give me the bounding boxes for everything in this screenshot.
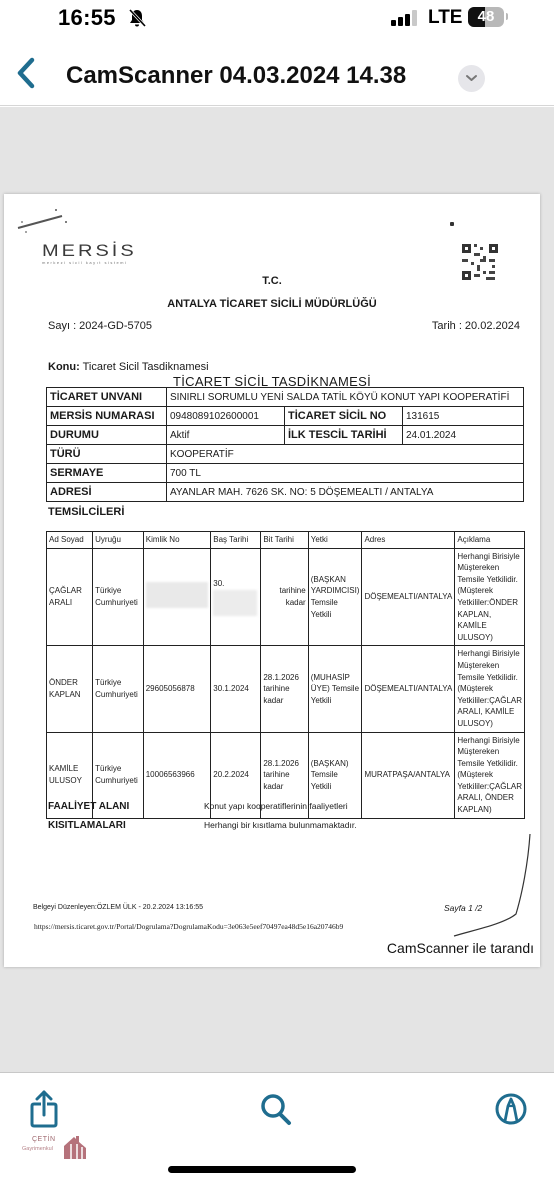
doc-office: ANTALYA TİCARET SİCİLİ MÜDÜRLÜĞÜ [4, 298, 540, 310]
ink-dot [450, 222, 454, 226]
doc-date: Tarih : 20.02.2024 [432, 320, 520, 332]
markup-button[interactable] [494, 1092, 528, 1126]
bottom-toolbar: ÇETİN Gayrimenkul [0, 1074, 554, 1180]
status-bar: 16:55 LTE 48 [0, 0, 554, 40]
activity-value: Konut yapı kooperatiflerinin faaliyetler… [204, 801, 348, 811]
search-button[interactable] [258, 1092, 294, 1128]
battery-level: 48 [468, 7, 504, 27]
chevron-left-icon [12, 56, 42, 90]
restrictions-label: KISITLAMALARI [48, 820, 126, 831]
table-row: ÖNDER KAPLAN Türkiye Cumhuriyeti 2960505… [47, 646, 525, 732]
scanned-page[interactable]: MERSİS merkezi sicil kayıt sistemi T.C. … [4, 194, 540, 967]
table-row: DURUMU Aktif İLK TESCİL TARİHİ 24.01.202… [47, 426, 524, 445]
search-icon [258, 1092, 294, 1128]
battery-indicator: 48 [468, 7, 504, 27]
doc-subject: Konu: Ticaret Sicil Tasdiknamesi [48, 361, 209, 373]
share-icon [26, 1088, 62, 1128]
network-type: LTE [428, 7, 462, 29]
redacted-id [143, 548, 211, 646]
table-row: ÇAĞLAR ARALI Türkiye Cumhuriyeti 30. tar… [47, 548, 525, 646]
mersis-logo: MERSİS merkezi sicil kayıt sistemi [42, 240, 137, 265]
redaction-block [213, 590, 257, 616]
bell-slash-icon [127, 8, 147, 28]
brand-watermark: ÇETİN Gayrimenkul [22, 1136, 88, 1162]
title-menu-button[interactable] [458, 65, 485, 92]
back-button[interactable] [12, 56, 42, 90]
share-button[interactable] [26, 1088, 62, 1128]
doc-header-tc: T.C. [4, 275, 540, 287]
table-row: ADRESİ AYANLAR MAH. 7626 SK. NO: 5 DÖŞEM… [47, 483, 524, 502]
markup-pen-icon [494, 1092, 528, 1126]
house-icon [62, 1134, 88, 1160]
redaction-block [146, 582, 208, 608]
page-number: Sayfa 1 /2 [444, 903, 482, 913]
activity-label: FAALİYET ALANI [48, 801, 129, 812]
nav-bar: CamScanner 04.03.2024 14.38 [0, 40, 554, 106]
battery-tip [506, 13, 508, 20]
document-title[interactable]: CamScanner 04.03.2024 14.38 [66, 62, 406, 90]
status-time: 16:55 [58, 5, 116, 31]
table-row: TİCARET UNVANI SINIRLI SORUMLU YENİ SALD… [47, 388, 524, 407]
chevron-down-icon [465, 73, 478, 83]
restrictions-value: Herhangi bir kısıtlama bulunmamaktadır. [204, 820, 357, 830]
document-viewer[interactable]: MERSİS merkezi sicil kayıt sistemi T.C. … [0, 107, 554, 1073]
doc-number: Sayı : 2024-GD-5705 [48, 320, 152, 332]
table-row: TÜRÜ KOOPERATİF [47, 445, 524, 464]
table-row: MERSİS NUMARASI 0948089102600001 TİCARET… [47, 407, 524, 426]
table-row: SERMAYE 700 TL [47, 464, 524, 483]
verification-url: https://mersis.ticaret.gov.tr/Portal/Dog… [34, 922, 343, 931]
representatives-label: TEMSİLCİLERİ [48, 506, 124, 518]
screen: 16:55 LTE 48 CamScanner 04.03.2024 14.38 [0, 0, 554, 1180]
issuer-line: Belgeyi Düzenleyen:ÖZLEM ÜLK - 20.2.2024… [33, 904, 203, 911]
representatives-table: Ad Soyad Uyruğu Kimlik No Baş Tarihi Bit… [46, 531, 525, 819]
pen-mark [12, 206, 72, 236]
camscanner-watermark: CamScanner ile tarandı [387, 940, 534, 956]
table-header-row: Ad Soyad Uyruğu Kimlik No Baş Tarihi Bit… [47, 532, 525, 549]
company-info-table: TİCARET UNVANI SINIRLI SORUMLU YENİ SALD… [46, 387, 524, 502]
home-indicator[interactable] [168, 1166, 356, 1173]
signal-icon [390, 10, 420, 26]
